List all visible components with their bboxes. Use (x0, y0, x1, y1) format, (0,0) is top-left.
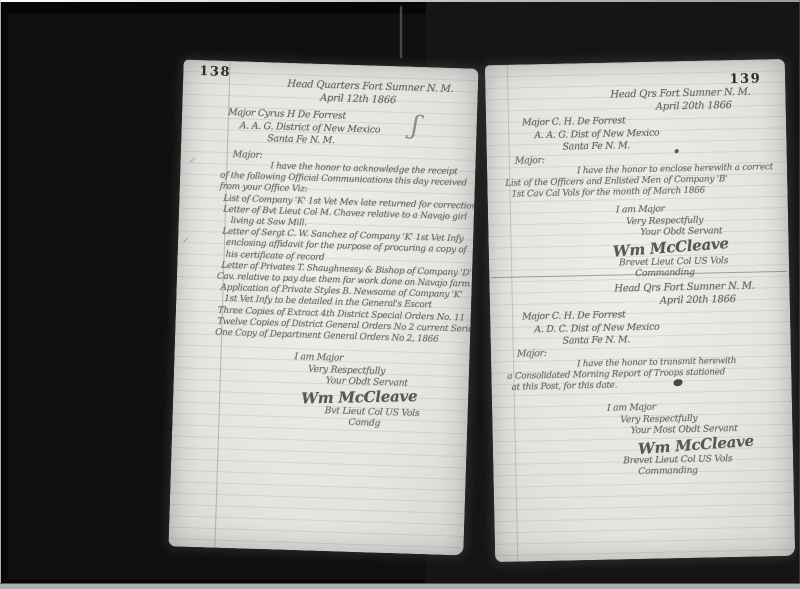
closing-block: I am Major Very Respectfully Your Obdt S… (276, 351, 421, 431)
address-block: Major Cyrus H De Forrest A. A. G. Distri… (227, 107, 381, 149)
letter-body: I have the honor to enclose herewith a c… (505, 162, 773, 201)
page-number: 138 (199, 64, 231, 80)
closing-line: Comdg (348, 417, 419, 431)
closing-block: I am Major Very Respectfully Your Obdt S… (598, 202, 730, 280)
film-edge-bottom (0, 583, 800, 589)
closing-block: I am Major Very Respectfully Your Most O… (592, 400, 755, 479)
ink-brace-mark: ʃ (410, 110, 421, 141)
film-edge-left (0, 0, 1, 589)
film-edge-top (0, 0, 800, 2)
closing-line: Commanding (638, 464, 754, 478)
margin-check-mark: ✓ (188, 156, 195, 165)
address-line: Santa Fe N. M. (562, 140, 659, 155)
ledger-page-138: 138 Head Quarters Fort Sumner N. M. Apri… (168, 59, 478, 555)
address-block: Major C. H. De Forrest A. D. C. Dist of … (522, 309, 660, 349)
margin-rule-line (507, 65, 518, 562)
margin-check-mark: ✓ (182, 236, 189, 245)
signature: Wm McCleave (301, 386, 420, 406)
address-block: Major C. H. De Forrest A. A. G. Dist of … (522, 115, 660, 155)
ledger-page-139: 139 Head Qrs Fort Sumner N. M. April 20t… (485, 59, 795, 562)
letter-body: I have the honor to transmit herewith a … (507, 356, 737, 394)
letter-heading-date: April 20th 1866 (638, 293, 758, 309)
salutation: Major: (517, 348, 547, 360)
microfilm-frame: 138 Head Quarters Fort Sumner N. M. Apri… (0, 0, 800, 589)
salutation: Major: (515, 155, 545, 167)
letter-heading-date: April 20th 1866 (634, 99, 754, 115)
letter-body: I have the honor to acknowledge the rece… (215, 160, 479, 348)
film-scratch (400, 6, 402, 58)
address-line: Santa Fe N. M. (563, 334, 660, 349)
ink-blot (675, 149, 679, 153)
